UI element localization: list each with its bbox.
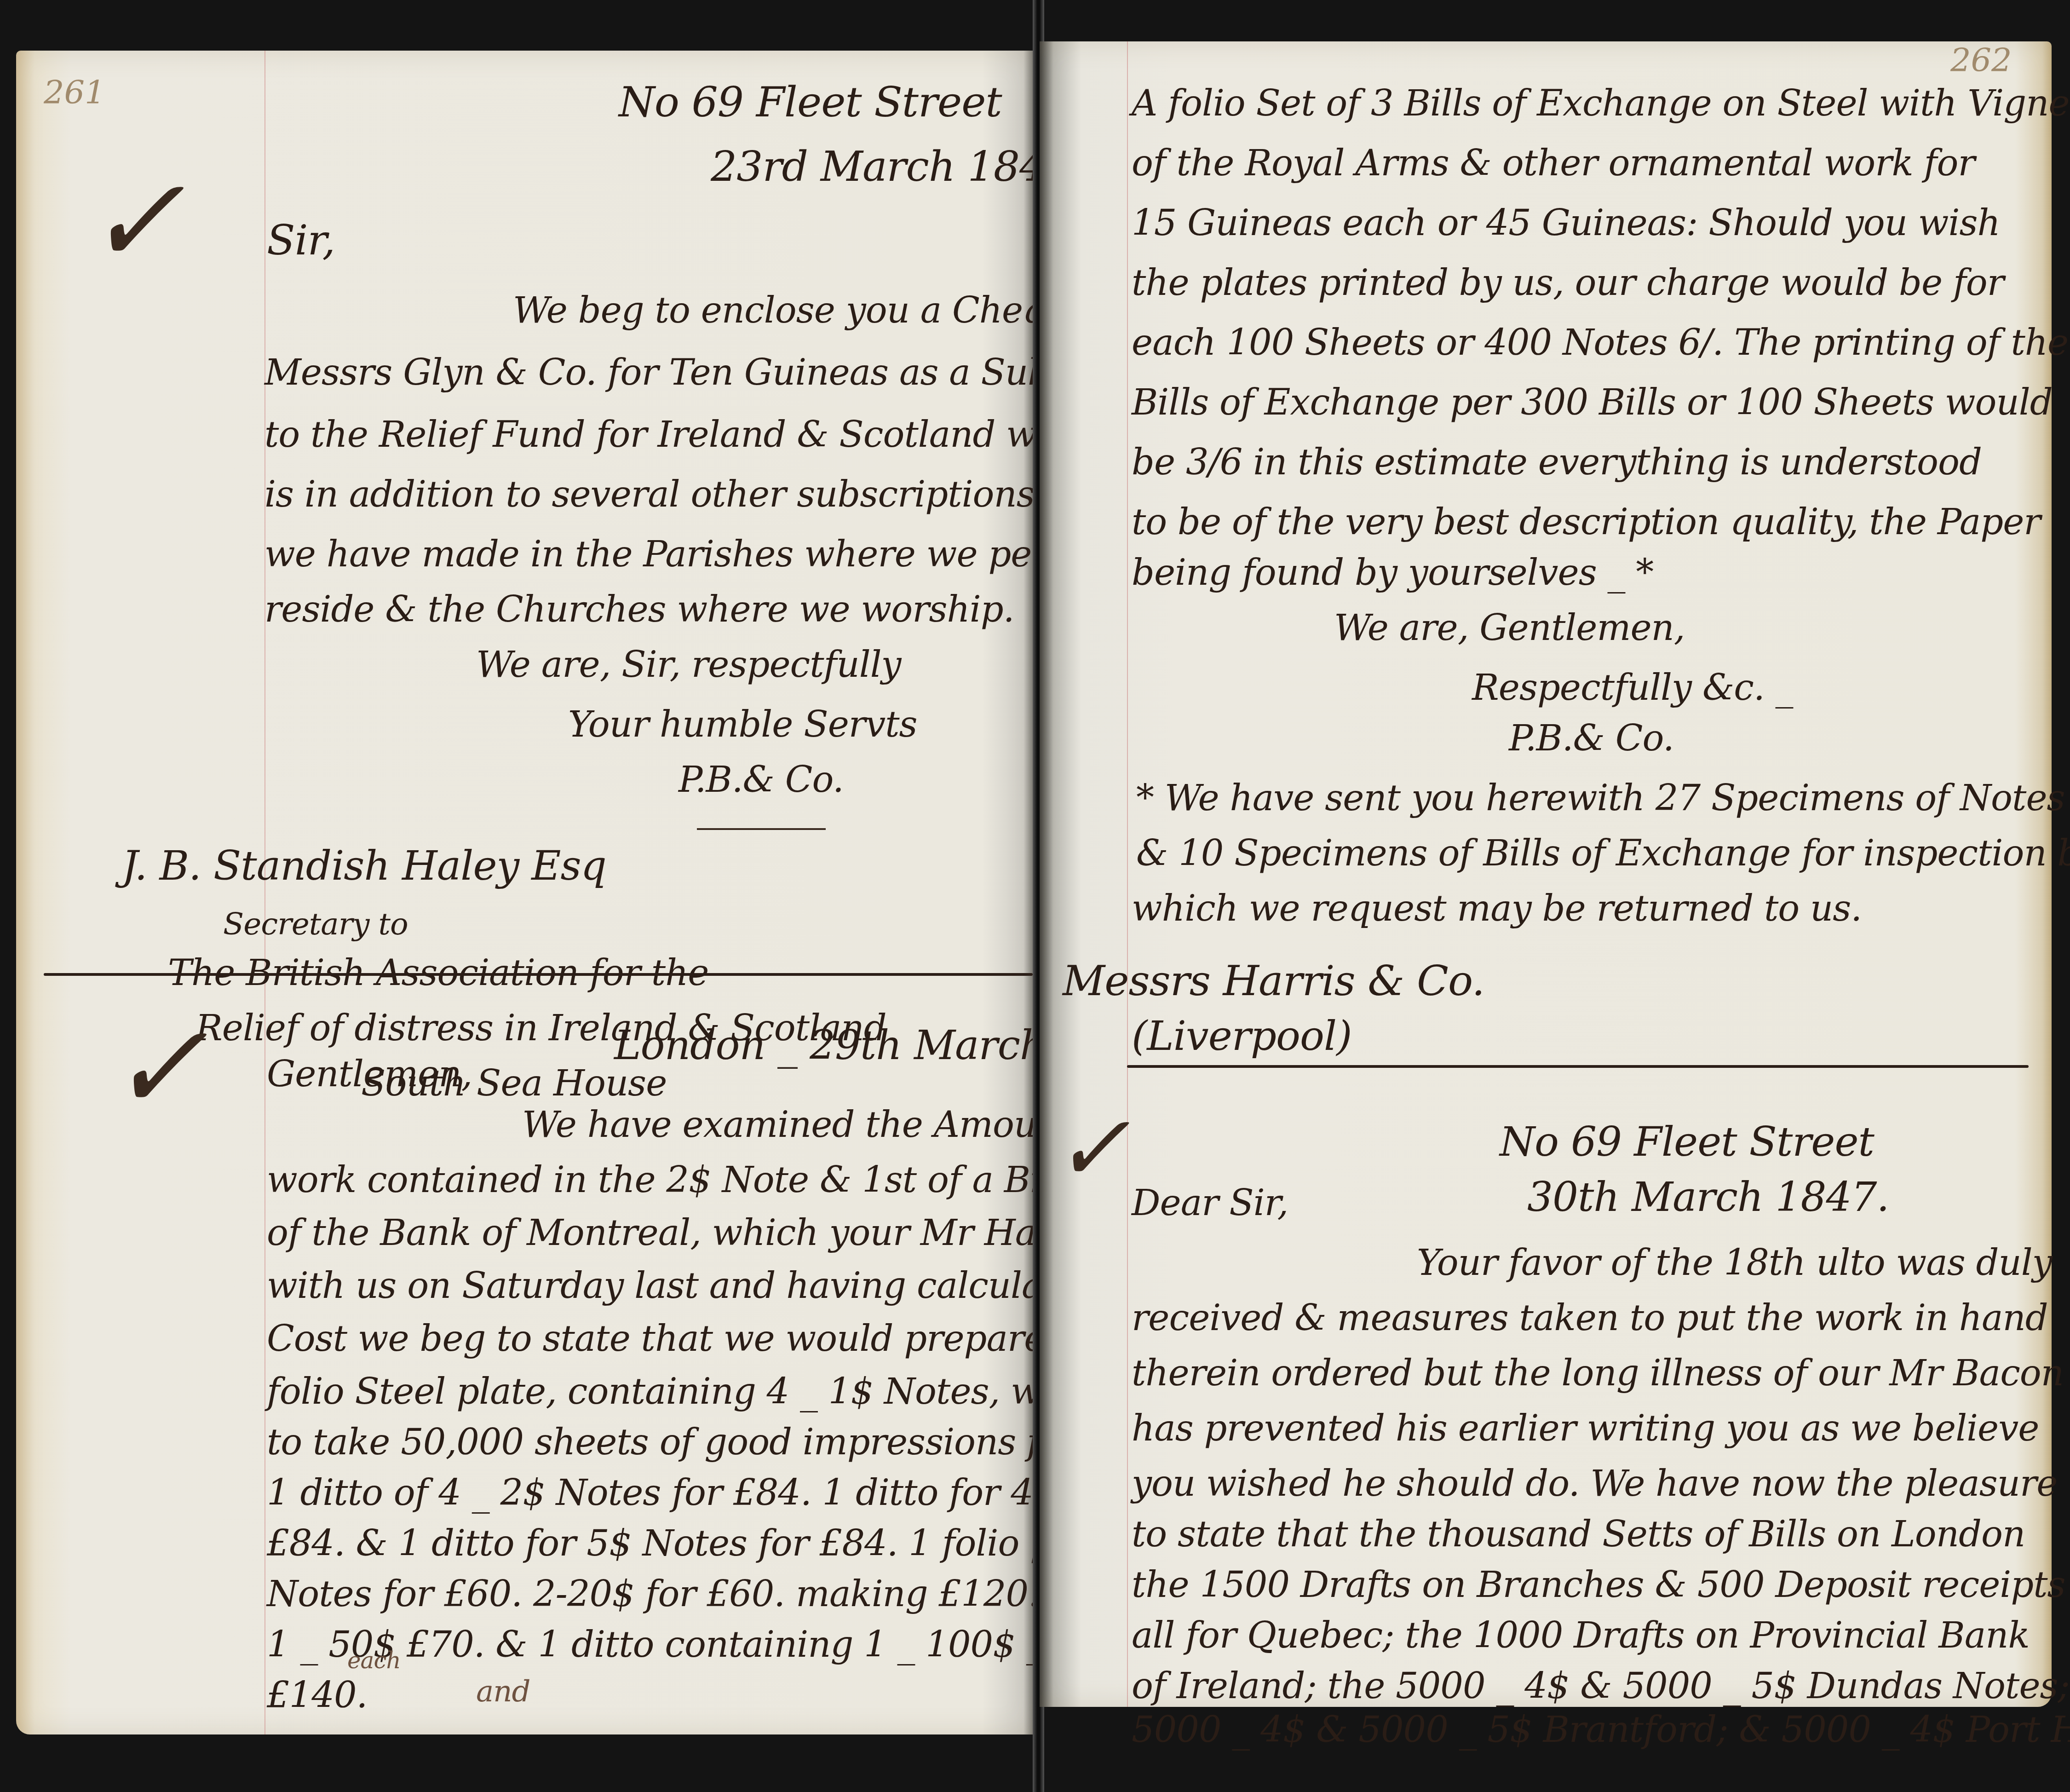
body-line: Your favor of the 18th ulto was duly [1417,1242,2052,1284]
margin-rule [264,51,265,1734]
body-line: of Ireland; the 5000 _ 4$ & 5000 _ 5$ Du… [1132,1665,2070,1707]
footnote-line: * We have sent you herewith 27 Specimens… [1136,778,2065,819]
body-line: you wished he should do. We have now the… [1132,1463,2057,1504]
body-line: We have examined the Amount of [522,1104,1118,1146]
footnote-line: & 10 Specimens of Bills of Exchange for … [1136,833,2070,874]
recipient-line: (Liverpool) [1132,1012,1352,1060]
closing: We are, Sir, respectfully [476,644,901,686]
closing: We are, Gentlemen, [1334,607,1685,649]
body-line: £140. [267,1675,367,1716]
closing: Respectfully &c. _ [1472,667,1793,709]
salutation: Dear Sir, [1132,1182,1288,1224]
salutation: Sir, [267,216,335,265]
signature: P.B.& Co. [1509,718,1674,759]
right-page: 262 A folio Set of 3 Bills of Exchange o… [1040,41,2052,1707]
body-line: 15 Guineas each or 45 Guineas: Should yo… [1132,202,2000,244]
body-line: Bills of Exchange per 300 Bills or 100 S… [1132,382,2053,423]
address-line: No 69 Fleet Street [1500,1118,1874,1165]
body-line: reside & the Churches where we worship. [264,589,1014,630]
body-line: to be of the very best description quali… [1132,501,2041,543]
left-page: 261 ✓ No 69 Fleet Street 23rd March 1847… [16,51,1035,1734]
body-line: to state that the thousand Setts of Bill… [1132,1514,2025,1555]
check-mark-icon: ✓ [85,152,185,291]
body-line: is in addition to several other subscrip… [264,474,1151,515]
body-line: be 3/6 in this estimate everything is un… [1132,442,1982,483]
body-line: each 100 Sheets or 400 Notes 6/. The pri… [1132,322,2068,363]
body-line: to the Relief Fund for Ireland & Scotlan… [264,414,1112,455]
footnote-line: which we request may be returned to us. [1132,888,1862,929]
recipient-line: J. B. Standish Haley Esq [122,842,606,889]
body-line: all for Quebec; the 1000 Drafts on Provi… [1132,1615,2030,1656]
letter-date: 23rd March 1847. [711,143,1084,191]
recipient-line: Messrs Harris & Co. [1063,957,1484,1005]
check-mark-icon: ✓ [1053,1095,1131,1202]
body-line: the 1500 Drafts on Branches & 500 Deposi… [1132,1564,2065,1606]
body-line: therein ordered but the long illness of … [1132,1353,2064,1394]
body-line: 5000 _ 4$ & 5000 _ 5$ Brantford; & 5000 … [1132,1709,2070,1751]
margin-rule [1127,41,1128,1707]
body-line: of the Royal Arms & other ornamental wor… [1132,143,1975,184]
body-line: received & measures taken to put the wor… [1132,1297,2048,1339]
letter-divider [44,973,1033,976]
page-number: 261 [44,74,105,111]
body-line: being found by yourselves _ * [1132,552,1653,593]
annotation: and [476,1675,530,1709]
body-line: A folio Set of 3 Bills of Exchange on St… [1132,83,2070,124]
signature: P.B.& Co. [678,759,844,801]
annotation: each [347,1647,401,1674]
salutation: Gentlemen, [267,1054,472,1095]
body-line: the plates printed by us, our charge wou… [1132,262,2004,304]
closing: Your humble Servts [568,704,917,745]
check-mark-icon: ✓ [108,998,208,1137]
address-line: No 69 Fleet Street [619,78,1002,127]
letter-date: 30th March 1847. [1527,1173,1889,1221]
body-line: to take 50,000 sheets of good impression… [267,1422,1167,1463]
recipient-line: Secretary to [223,906,408,942]
page-number: 262 [1950,41,2012,79]
letter-divider [1127,1065,2029,1068]
body-line: has prevented his earlier writing you as… [1132,1408,2039,1449]
signature-underline [697,828,826,830]
